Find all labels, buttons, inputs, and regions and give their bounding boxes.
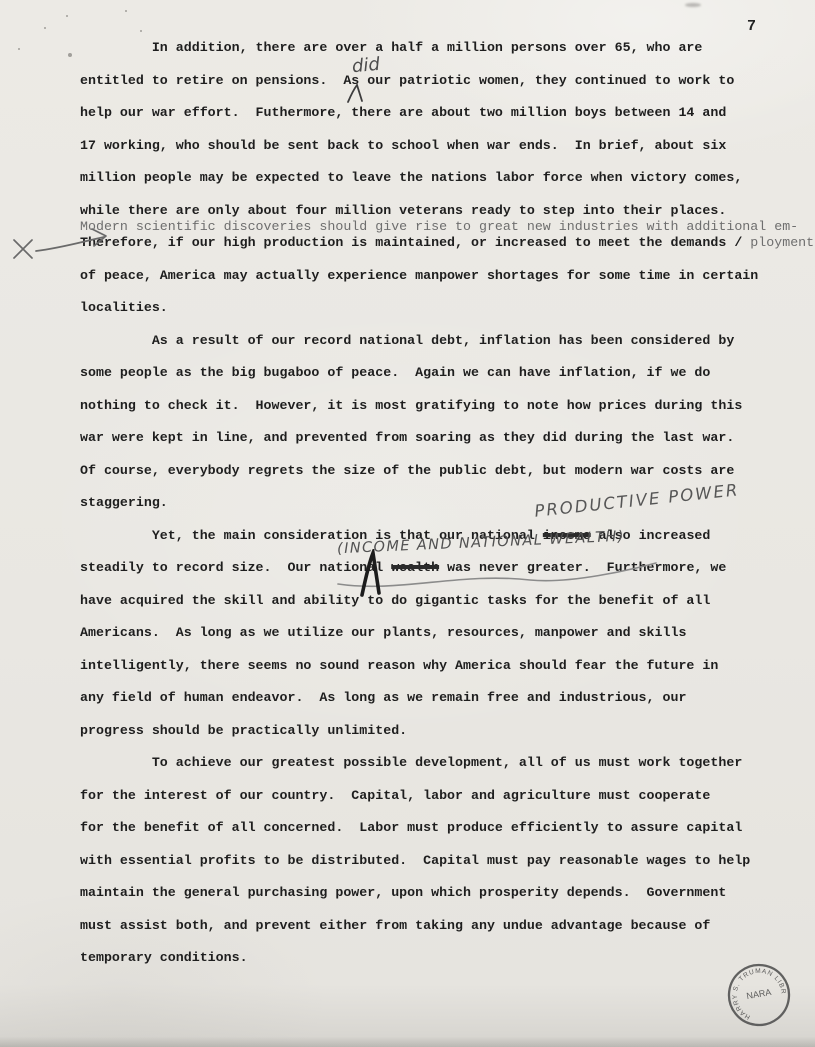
typed-line: some people as the big bugaboo of peace.… <box>80 365 710 380</box>
paper-speck <box>66 15 68 17</box>
handwritten-productive-power: PRODUCTIVE POWER <box>534 480 741 520</box>
typed-segment: temporary conditions. <box>80 950 248 965</box>
typed-line: Of course, everybody regrets the size of… <box>80 463 734 478</box>
typed-line: have acquired the skill and ability to d… <box>80 593 710 608</box>
stamp-center-text: NARA <box>746 987 772 1001</box>
paper-smudge <box>685 3 701 7</box>
typed-line: with essential profits to be distributed… <box>80 853 750 868</box>
typed-line: intelligently, there seems no sound reas… <box>80 658 718 673</box>
typed-segment: intelligently, there seems no sound reas… <box>80 658 718 673</box>
typed-line: steadily to record size. Our national we… <box>80 560 726 575</box>
paper-speck <box>125 10 127 12</box>
typed-line: progress should be practically unlimited… <box>80 723 407 738</box>
typed-segment: ployment <box>750 235 814 250</box>
paper-speck <box>18 48 20 50</box>
typed-segment: Of course, everybody regrets the size of… <box>80 463 734 478</box>
typed-segment: staggering. <box>80 495 168 510</box>
typed-line: 17 working, who should be sent back to s… <box>80 138 726 153</box>
typed-segment: progress should be practically unlimited… <box>80 723 407 738</box>
typed-line: while there are only about four million … <box>80 203 726 218</box>
truman-library-nara-stamp: HARRY S. TRUMAN LIBRARY NARA <box>719 955 799 1035</box>
typed-segment: To achieve our greatest possible develop… <box>80 755 742 770</box>
typed-line: entitled to retire on pensions. As our p… <box>80 73 734 88</box>
typed-segment: with essential profits to be distributed… <box>80 853 750 868</box>
typed-segment: some people as the big bugaboo of peace.… <box>80 365 710 380</box>
typed-line: In addition, there are over a half a mil… <box>80 40 702 55</box>
typed-line: To achieve our greatest possible develop… <box>80 755 742 770</box>
typed-line: for the benefit of all concerned. Labor … <box>80 820 742 835</box>
typed-segment: million people may be expected to leave … <box>80 170 742 185</box>
typed-segment: As a result of our record national debt,… <box>80 333 734 348</box>
typed-line: staggering. <box>80 495 168 510</box>
typed-line: localities. <box>80 300 168 315</box>
paper-speck <box>68 53 72 57</box>
typed-segment: help our war effort. Futhermore, there a… <box>80 105 726 120</box>
handwritten-insert-did: did <box>351 54 381 77</box>
typed-segment: localities. <box>80 300 168 315</box>
typed-line: of peace, America may actually experienc… <box>80 268 758 283</box>
typed-line: maintain the general purchasing power, u… <box>80 885 726 900</box>
typed-segment: war were kept in line, and prevented fro… <box>80 430 734 445</box>
typed-line: any field of human endeavor. As long as … <box>80 690 686 705</box>
typed-line: help our war effort. Futhermore, there a… <box>80 105 726 120</box>
typed-line: temporary conditions. <box>80 950 248 965</box>
typed-line: As a result of our record national debt,… <box>80 333 734 348</box>
typed-segment: / <box>726 235 750 250</box>
typed-segment: Americans. As long as we utilize our pla… <box>80 625 686 640</box>
typed-segment: In addition, there are over a half a mil… <box>80 40 702 55</box>
typed-segment: maintain the general purchasing power, u… <box>80 885 726 900</box>
typed-line: Americans. As long as we utilize our pla… <box>80 625 686 640</box>
typed-segment: for the interest of our country. Capital… <box>80 788 710 803</box>
typed-segment: nothing to check it. However, it is most… <box>80 398 742 413</box>
typed-segment: of peace, America may actually experienc… <box>80 268 758 283</box>
typed-segment: entitled to retire on pensions. As our p… <box>80 73 734 88</box>
struck-out-word: wealth <box>391 560 439 575</box>
typed-segment: Modern scientific discoveries should giv… <box>80 219 798 234</box>
typed-line: Therefore, if our high production is mai… <box>80 235 814 250</box>
typed-line: must assist both, and prevent either fro… <box>80 918 710 933</box>
typed-segment: must assist both, and prevent either fro… <box>80 918 710 933</box>
typed-segment: Therefore, if our high production is mai… <box>80 235 726 250</box>
typed-segment: for the benefit of all concerned. Labor … <box>80 820 742 835</box>
typed-segment: 17 working, who should be sent back to s… <box>80 138 726 153</box>
typed-line: war were kept in line, and prevented fro… <box>80 430 734 445</box>
typed-line: for the interest of our country. Capital… <box>80 788 710 803</box>
paper-speck <box>44 27 46 29</box>
page-number: 7 <box>747 18 756 35</box>
typed-segment: while there are only about four million … <box>80 203 726 218</box>
typed-segment: was never greater. Furthermore, we <box>439 560 726 575</box>
inserted-typed-line: Modern scientific discoveries should giv… <box>80 219 798 234</box>
typed-line: million people may be expected to leave … <box>80 170 742 185</box>
typed-line: nothing to check it. However, it is most… <box>80 398 742 413</box>
typed-segment: have acquired the skill and ability to d… <box>80 593 710 608</box>
typed-segment: any field of human endeavor. As long as … <box>80 690 686 705</box>
paper-speck <box>140 30 142 32</box>
typed-segment: steadily to record size. Our national <box>80 560 391 575</box>
